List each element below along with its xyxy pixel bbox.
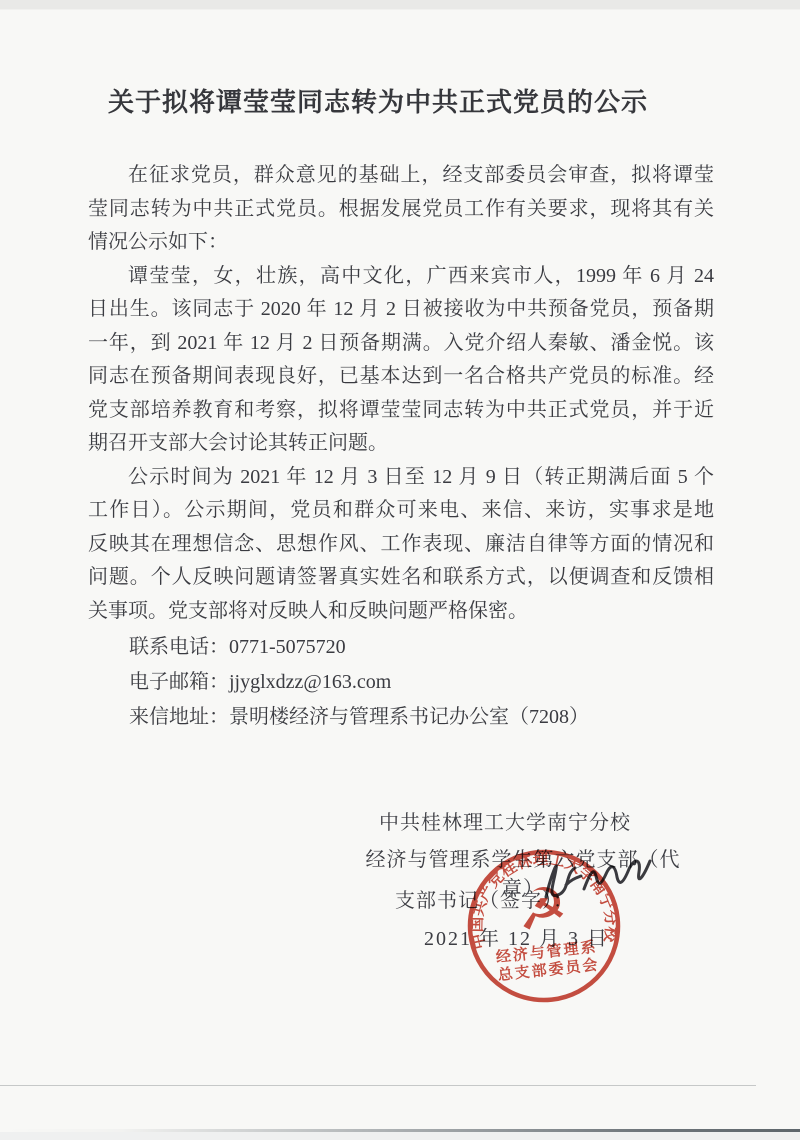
contact-line: 来信地址：景明楼经济与管理系书记办公室（7208） [129,700,589,735]
body-line: 谭莹莹，女，壮族，高中文化，广西来宾市人，1999 年 6 月 24 [88,260,714,294]
body-line: 日出生。该同志于 2020 年 12 月 2 日被接收为中共预备党员，预备期 [88,293,714,327]
seal-graphic: 中国共产党桂林理工大学南宁分校 ☭ 经济与管理系 总支部委员会 [459,842,628,1008]
body-line: 同志在预备期间表现良好，已基本达到一名合格共产党员的标准。经 [88,360,714,394]
body-line: 情况公示如下： [88,226,714,260]
party-branch-seal: 中国共产党桂林理工大学南宁分校 ☭ 经济与管理系 总支部委员会 [449,831,638,1020]
body-line: 一年，到 2021 年 12 月 2 日预备期满。入党介绍人秦敏、潘金悦。该 [88,327,714,361]
body-line: 工作日）。公示期间，党员和群众可来电、来信、来访，实事求是地 [88,494,714,528]
body-line: 期召开支部大会讨论其转正问题。 [88,427,714,461]
body-line: 在征求党员，群众意见的基础上，经支部委员会审查，拟将谭莹 [88,159,714,193]
hammer-sickle-icon: ☭ [514,875,571,945]
page-title: 关于拟将谭莹莹同志转为中共正式党员的公示 [0,82,778,119]
body-line: 公示时间为 2021 年 12 月 3 日至 12 月 9 日（转正期满后面 5… [88,461,714,495]
scan-top-edge [0,0,800,10]
contact-line: 电子邮箱：jjyglxdzz@163.com [129,665,589,700]
body-line: 问题。个人反映问题请签署真实姓名和联系方式，以便调查和反馈相 [88,561,714,595]
document-body: 在征求党员，群众意见的基础上，经支部委员会审查，拟将谭莹莹同志转为中共正式党员。… [88,159,714,628]
contact-block: 联系电话：0771-5075720电子邮箱：jjyglxdzz@163.com来… [129,630,589,735]
body-line: 反映其在理想信念、思想作风、工作表现、廉洁自律等方面的情况和 [88,528,714,562]
contact-line: 联系电话：0771-5075720 [129,630,589,665]
body-line: 党支部培养教育和考察，拟将谭莹莹同志转为中共正式党员，并于近 [88,394,714,428]
body-line: 关事项。党支部将对反映人和反映问题严格保密。 [88,595,714,629]
scan-bottom-line [0,1129,800,1132]
body-line: 莹同志转为中共正式党员。根据发展党员工作有关要求，现将其有关 [88,193,714,227]
scan-bottom-edge [0,1132,800,1140]
scan-artifact-line [0,1085,756,1086]
